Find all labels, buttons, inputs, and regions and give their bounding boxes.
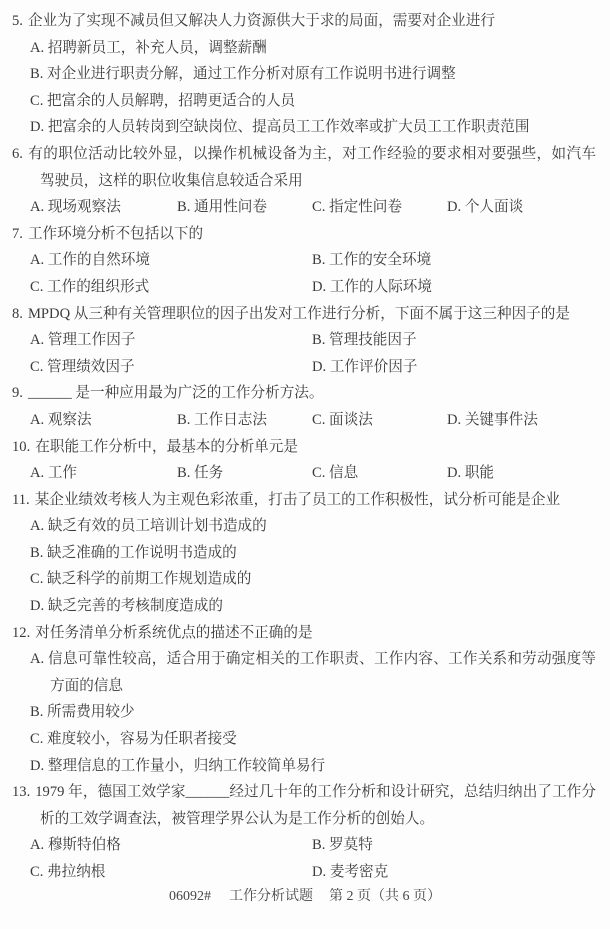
option-d: D. 麦考密克 [312, 859, 596, 886]
question-7-options: A. 工作的自然环境 B. 工作的安全环境 C. 工作的组织形式 D. 工作的人… [30, 247, 596, 300]
question-10: 10.在职能工作分析中，最基本的分析单元是 A. 工作 B. 任务 C. 信息 … [12, 434, 596, 487]
option-d: D. 关键事件法 [447, 407, 596, 434]
option-b: B. 工作日志法 [177, 407, 312, 434]
question-number: 6. [12, 146, 23, 162]
option-a: A. 工作的自然环境 [30, 247, 312, 274]
question-text: 对任务清单分析系统优点的描述不正确的是 [35, 625, 312, 641]
question-5-options: A. 招聘新员工，补充人员，调整薪酬 B. 对企业进行职责分解，通过工作分析对原… [30, 35, 596, 141]
option-d: D. 工作的人际环境 [312, 274, 596, 301]
option-a: A. 管理工作因子 [30, 327, 312, 354]
option-c: C. 难度较小，容易为任职者接受 [30, 726, 596, 753]
question-13: 13.1979 年，德国工效学家______经过几十年的工作分析和设计研究，总结… [12, 779, 596, 885]
option-c: C. 工作的组织形式 [30, 274, 312, 301]
option-b: B. 所需费用较少 [30, 699, 596, 726]
option-c: C. 弗拉纳根 [30, 859, 312, 886]
option-a: A. 现场观察法 [30, 194, 177, 221]
option-c: C. 把富余的人员解聘，招聘更适合的人员 [30, 88, 596, 115]
option-c: C. 面谈法 [312, 407, 447, 434]
question-11: 11.某企业绩效考核人为主观色彩浓重，打击了员工的工作积极性，试分析可能是企业 … [12, 487, 596, 620]
question-text: 在职能工作分析中，最基本的分析单元是 [35, 439, 298, 455]
question-number: 11. [12, 492, 30, 508]
question-11-stem: 11.某企业绩效考核人为主观色彩浓重，打击了员工的工作积极性，试分析可能是企业 [12, 487, 596, 514]
option-b: B. 任务 [177, 460, 312, 487]
question-9: 9.______ 是一种应用最为广泛的工作分析方法。 A. 观察法 B. 工作日… [12, 380, 596, 433]
question-text: 企业为了实现不减员但又解决人力资源供大于求的局面，需要对企业进行 [28, 13, 495, 29]
question-12-stem: 12.对任务清单分析系统优点的描述不正确的是 [12, 620, 596, 647]
question-8-stem: 8.MPDQ 从三种有关管理职位的因子出发对工作进行分析，下面不属于这三种因子的… [12, 301, 596, 328]
option-d: D. 工作评价因子 [312, 354, 596, 381]
option-a: A. 缺乏有效的员工培训计划书造成的 [30, 513, 596, 540]
option-a: A. 招聘新员工，补充人员，调整薪酬 [30, 35, 596, 62]
option-c: C. 信息 [312, 460, 447, 487]
option-c: C. 缺乏科学的前期工作规划造成的 [30, 566, 596, 593]
option-c: C. 指定性问卷 [312, 194, 447, 221]
page-number: 第 2 页（共 6 页） [329, 884, 441, 911]
question-9-stem: 9.______ 是一种应用最为广泛的工作分析方法。 [12, 380, 596, 407]
question-8: 8.MPDQ 从三种有关管理职位的因子出发对工作进行分析，下面不属于这三种因子的… [12, 301, 596, 381]
question-text: 工作环境分析不包括以下的 [28, 226, 203, 242]
option-d: D. 缺乏完善的考核制度造成的 [30, 593, 596, 620]
question-text: MPDQ 从三种有关管理职位的因子出发对工作进行分析，下面不属于这三种因子的是 [28, 306, 570, 322]
option-b: B. 管理技能因子 [312, 327, 596, 354]
question-text: 某企业绩效考核人为主观色彩浓重，打击了员工的工作积极性，试分析可能是企业 [35, 492, 560, 508]
question-number: 8. [12, 306, 23, 322]
paper-code: 06092# [169, 884, 211, 911]
option-b: B. 通用性问卷 [177, 194, 312, 221]
option-d: D. 职能 [447, 460, 596, 487]
option-a: A. 工作 [30, 460, 177, 487]
option-b: B. 罗莫特 [312, 832, 596, 859]
question-7: 7.工作环境分析不包括以下的 A. 工作的自然环境 B. 工作的安全环境 C. … [12, 221, 596, 301]
option-d: D. 整理信息的工作量小，归纳工作较简单易行 [30, 753, 596, 780]
option-b: B. 对企业进行职责分解，通过工作分析对原有工作说明书进行调整 [30, 61, 596, 88]
option-a: A. 观察法 [30, 407, 177, 434]
question-9-options: A. 观察法 B. 工作日志法 C. 面谈法 D. 关键事件法 [30, 407, 596, 434]
option-a: A. 穆斯特伯格 [30, 832, 312, 859]
question-number: 10. [12, 439, 30, 455]
question-13-options: A. 穆斯特伯格 B. 罗莫特 C. 弗拉纳根 D. 麦考密克 [30, 832, 596, 885]
option-b: B. 缺乏准确的工作说明书造成的 [30, 540, 596, 567]
question-number: 13. [12, 784, 30, 800]
option-b: B. 工作的安全环境 [312, 247, 596, 274]
page-footer: 06092#工作分析试题第 2 页（共 6 页） [0, 884, 610, 911]
option-d: D. 个人面谈 [447, 194, 596, 221]
question-8-options: A. 管理工作因子 B. 管理技能因子 C. 管理绩效因子 D. 工作评价因子 [30, 327, 596, 380]
question-number: 12. [12, 625, 30, 641]
question-6-options: A. 现场观察法 B. 通用性问卷 C. 指定性问卷 D. 个人面谈 [30, 194, 596, 221]
question-13-stem: 13.1979 年，德国工效学家______经过几十年的工作分析和设计研究，总结… [12, 779, 596, 832]
question-text: 有的职位活动比较外显，以操作机械设备为主，对工作经验的要求相对要强些，如汽车驾驶… [28, 146, 596, 189]
question-6-stem: 6.有的职位活动比较外显，以操作机械设备为主，对工作经验的要求相对要强些，如汽车… [12, 141, 596, 194]
question-11-options: A. 缺乏有效的员工培训计划书造成的 B. 缺乏准确的工作说明书造成的 C. 缺… [30, 513, 596, 619]
paper-title: 工作分析试题 [229, 884, 313, 911]
question-text: 1979 年，德国工效学家______经过几十年的工作分析和设计研究，总结归纳出… [35, 784, 596, 827]
question-number: 7. [12, 226, 23, 242]
question-number: 5. [12, 13, 23, 29]
option-d: D. 把富余的人员转岗到空缺岗位、提高员工工作效率或扩大员工工作职责范围 [30, 114, 596, 141]
question-12-options: A. 信息可靠性较高，适合用于确定相关的工作职责、工作内容、工作关系和劳动强度等… [30, 646, 596, 779]
question-text: ______ 是一种应用最为广泛的工作分析方法。 [28, 385, 324, 401]
question-12: 12.对任务清单分析系统优点的描述不正确的是 A. 信息可靠性较高，适合用于确定… [12, 620, 596, 780]
question-5: 5.企业为了实现不减员但又解决人力资源供大于求的局面，需要对企业进行 A. 招聘… [12, 8, 596, 141]
question-10-stem: 10.在职能工作分析中，最基本的分析单元是 [12, 434, 596, 461]
question-7-stem: 7.工作环境分析不包括以下的 [12, 221, 596, 248]
option-a: A. 信息可靠性较高，适合用于确定相关的工作职责、工作内容、工作关系和劳动强度等… [30, 646, 596, 699]
question-6: 6.有的职位活动比较外显，以操作机械设备为主，对工作经验的要求相对要强些，如汽车… [12, 141, 596, 221]
option-c: C. 管理绩效因子 [30, 354, 312, 381]
exam-page: 5.企业为了实现不减员但又解决人力资源供大于求的局面，需要对企业进行 A. 招聘… [0, 0, 610, 929]
question-10-options: A. 工作 B. 任务 C. 信息 D. 职能 [30, 460, 596, 487]
question-number: 9. [12, 385, 23, 401]
question-5-stem: 5.企业为了实现不减员但又解决人力资源供大于求的局面，需要对企业进行 [12, 8, 596, 35]
